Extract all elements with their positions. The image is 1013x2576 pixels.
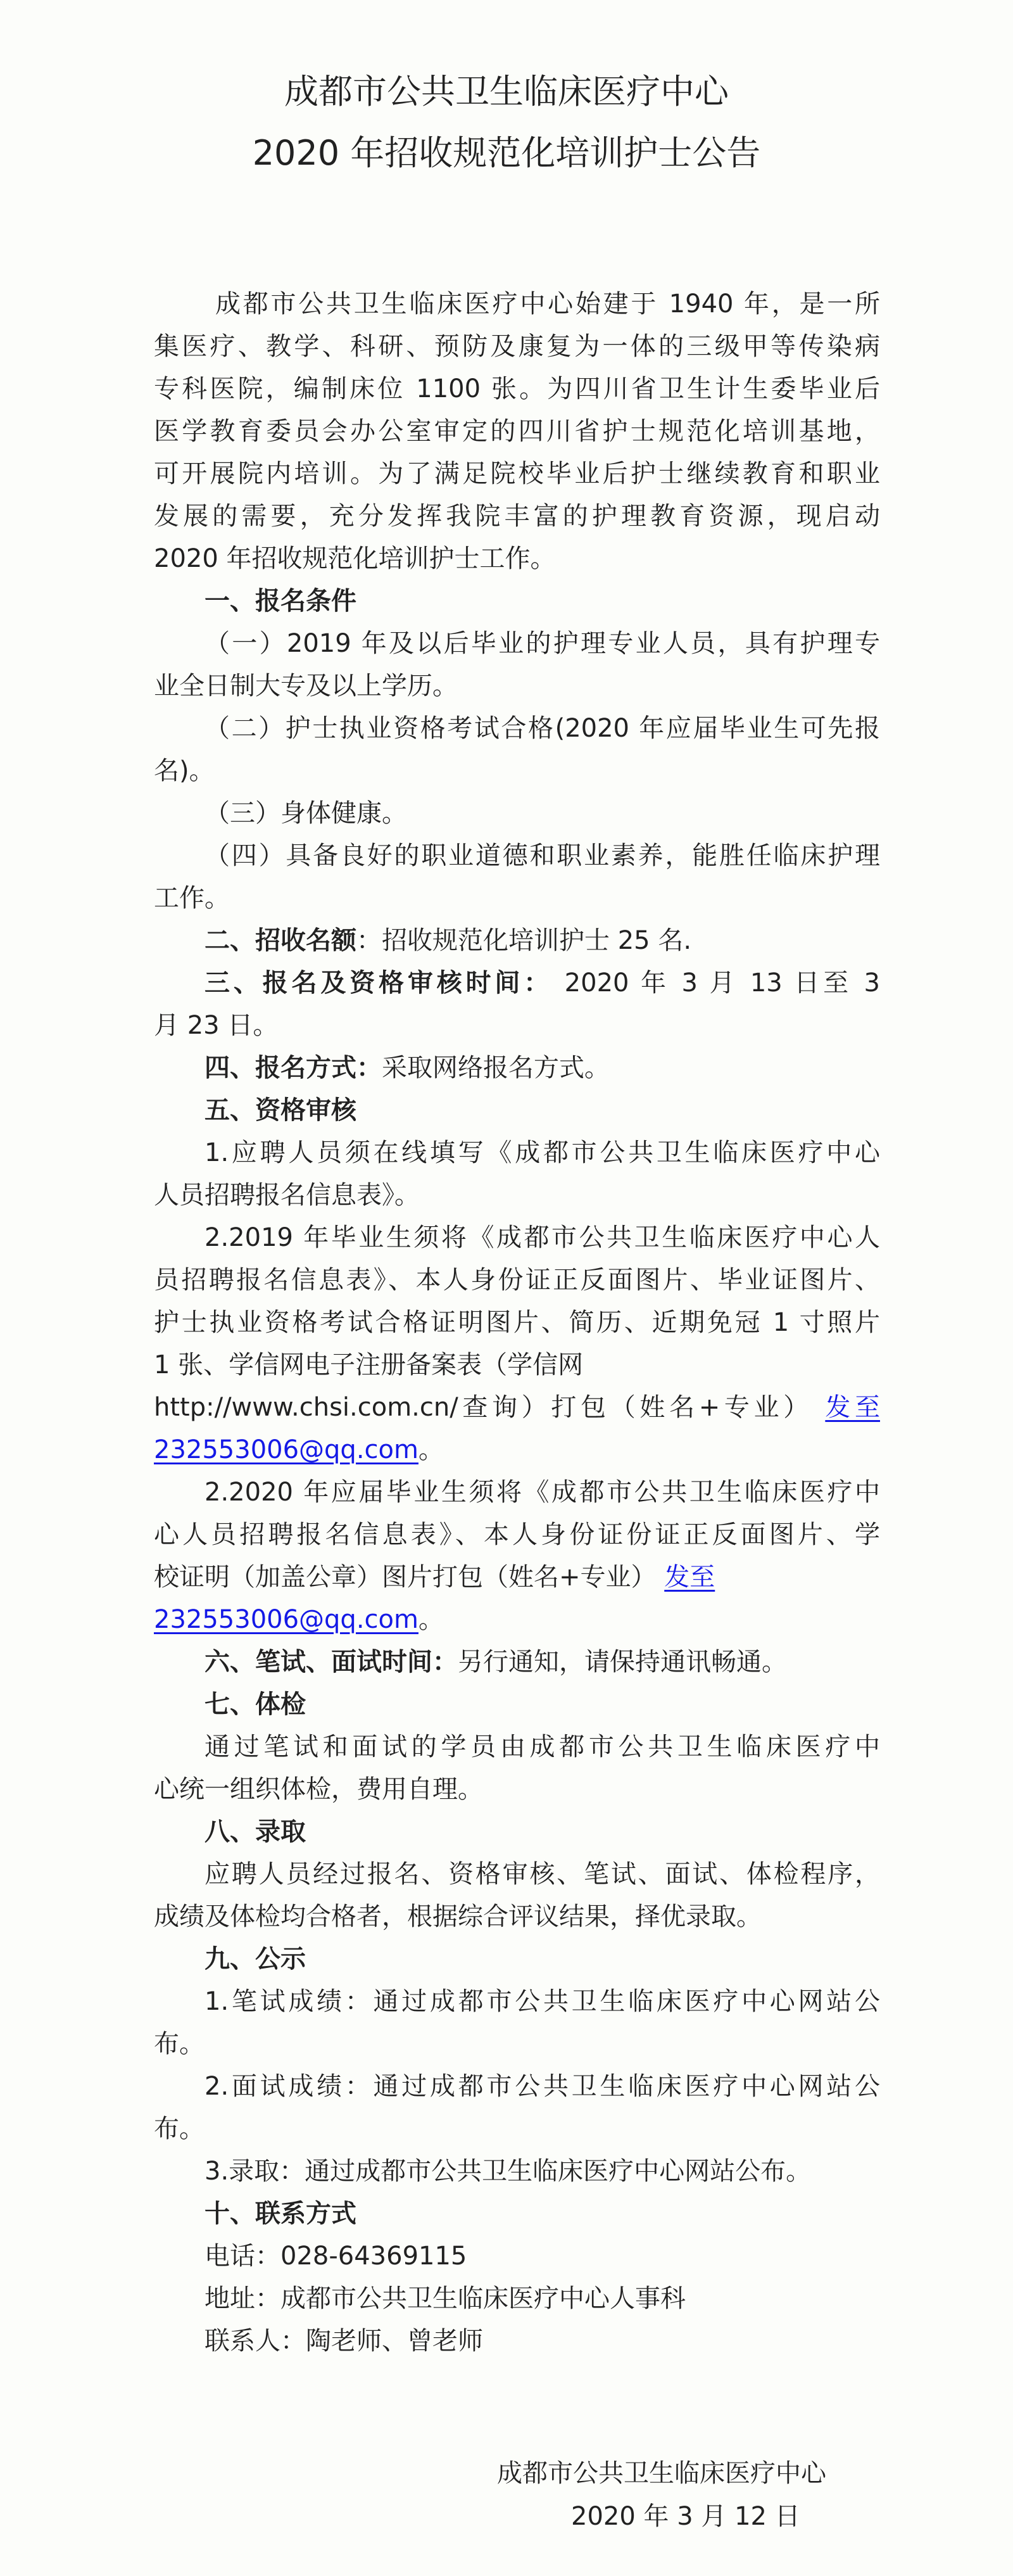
- text-line-43: 2.面试成绩：通过成都市公共卫生临床医疗中心网站公: [154, 2065, 880, 2108]
- page-title-line-1: 成都市公共卫生临床医疗中心: [0, 61, 1013, 122]
- body-text: 布。: [154, 2114, 204, 2143]
- text-line-34: 七、体检: [154, 1684, 880, 1726]
- text-line-28: 232553006@qq.com。: [154, 1429, 880, 1471]
- body-text: 2.2019 年毕业生须将《成都市公共卫生临床医疗中心人: [204, 1223, 880, 1252]
- section-heading-text: 八、录取: [204, 1817, 306, 1846]
- text-line-26: 1 张、学信网电子注册备案表（学信网: [154, 1344, 880, 1386]
- text-line-42: 布。: [154, 2023, 880, 2065]
- text-line-27: http://www.chsi.com.cn/查询）打包（姓名+专业） 发至: [154, 1386, 880, 1429]
- text-line-4: 医学教育委员会办公室审定的四川省护士规范化培训基地，: [154, 410, 880, 453]
- text-line-12: 名)。: [154, 750, 880, 792]
- text-line-33: 六、笔试、面试时间：另行通知，请保持通讯畅通。: [154, 1641, 880, 1684]
- text-line-16: 二、招收名额：招收规范化培训护士 25 名.: [154, 920, 880, 962]
- body-text: 医学教育委员会办公室审定的四川省护士规范化培训基地，: [154, 417, 880, 446]
- body-text: 1 张、学信网电子注册备案表（学信网: [154, 1350, 583, 1380]
- text-line-22: 人员招聘报名信息表》。: [154, 1174, 880, 1217]
- body-text: 3.录取：通过成都市公共卫生临床医疗中心网站公布。: [204, 2157, 811, 2186]
- text-line-24: 员招聘报名信息表》、本人身份证正反面图片、毕业证图片、: [154, 1259, 880, 1302]
- body-text: 。: [418, 1605, 444, 1634]
- text-line-15: 工作。: [154, 877, 880, 920]
- body-text: 。: [418, 1435, 444, 1464]
- text-line-47: 电话：028-64369115: [154, 2235, 880, 2278]
- text-line-8: 一、报名条件: [154, 580, 880, 623]
- text-line-18: 月 23 日。: [154, 1005, 880, 1047]
- body-text: 成绩及体检均合格者，根据综合评议结果，择优录取。: [154, 1902, 762, 1931]
- section-heading-text: 二、招收名额: [204, 926, 356, 955]
- text-line-40: 九、公示: [154, 1938, 880, 1981]
- body-text: http://www.chsi.com.cn/查询）打包（姓名+专业）: [154, 1393, 825, 1422]
- page-title-line-2: 2020 年招收规范化培训护士公告: [0, 122, 1013, 184]
- send-to-link[interactable]: 发至: [825, 1393, 880, 1422]
- email-link[interactable]: 232553006@qq.com: [154, 1435, 418, 1464]
- body-text: 成都市公共卫生临床医疗中心始建于 1940 年，是一所: [215, 289, 880, 319]
- body-text: （四）具备良好的职业道德和职业素养，能胜任临床护理: [204, 841, 880, 870]
- text-line-6: 发展的需要，充分发挥我院丰富的护理教育资源，现启动: [154, 495, 880, 538]
- text-line-49: 联系人：陶老师、曾老师: [154, 2320, 880, 2363]
- text-line-32: 232553006@qq.com。: [154, 1599, 880, 1641]
- text-line-25: 护士执业资格考试合格证明图片、简历、近期免冠 1 寸照片: [154, 1302, 880, 1344]
- text-line-30: 心人员招聘报名信息表》、本人身份证份证正反面图片、学: [154, 1514, 880, 1556]
- section-heading-text: 十、联系方式: [204, 2199, 356, 2228]
- body-text: 护士执业资格考试合格证明图片、简历、近期免冠 1 寸照片: [154, 1308, 880, 1337]
- text-line-23: 2.2019 年毕业生须将《成都市公共卫生临床医疗中心人: [154, 1217, 880, 1259]
- body-text: 人员招聘报名信息表》。: [154, 1181, 420, 1210]
- body-text: 另行通知，请保持通讯畅通。: [458, 1647, 787, 1677]
- text-line-45: 3.录取：通过成都市公共卫生临床医疗中心网站公布。: [154, 2150, 880, 2193]
- text-line-13: （三）身体健康。: [154, 792, 880, 835]
- text-line-1: 成都市公共卫生临床医疗中心始建于 1940 年，是一所: [154, 283, 880, 326]
- text-line-39: 成绩及体检均合格者，根据综合评议结果，择优录取。: [154, 1896, 880, 1938]
- body-text: 2020 年招收规范化培训护士工作。: [154, 544, 556, 573]
- text-line-31: 校证明（加盖公章）图片打包（姓名+专业） 发至: [154, 1556, 880, 1599]
- document-body: 成都市公共卫生临床医疗中心始建于 1940 年，是一所集医疗、教学、科研、预防及…: [154, 283, 880, 2363]
- send-to-link[interactable]: 发至: [664, 1563, 715, 1592]
- text-line-7: 2020 年招收规范化培训护士工作。: [154, 538, 880, 580]
- section-heading-text: 五、资格审核: [204, 1096, 356, 1125]
- body-text: （三）身体健康。: [204, 799, 407, 828]
- text-line-46: 十、联系方式: [154, 2193, 880, 2235]
- section-heading-text: 七、体检: [204, 1690, 306, 1719]
- text-line-21: 1.应聘人员须在线填写《成都市公共卫生临床医疗中心: [154, 1132, 880, 1174]
- text-line-3: 专科医院，编制床位 1100 张。为四川省卫生计生委毕业后: [154, 368, 880, 410]
- body-text: 1.笔试成绩：通过成都市公共卫生临床医疗中心网站公: [204, 1987, 880, 2016]
- body-text: 1.应聘人员须在线填写《成都市公共卫生临床医疗中心: [204, 1138, 880, 1167]
- body-text: 应聘人员经过报名、资格审核、笔试、面试、体检程序，: [204, 1860, 880, 1889]
- text-line-36: 心统一组织体检，费用自理。: [154, 1768, 880, 1811]
- section-heading-text: 四、报名方式：: [204, 1053, 382, 1082]
- text-line-17: 三、报名及资格审核时间： 2020 年 3 月 13 日至 3: [154, 962, 880, 1005]
- section-heading-text: 九、公示: [204, 1945, 306, 1974]
- footer-organization: 成都市公共卫生临床医疗中心: [497, 2452, 826, 2495]
- body-text: 月 23 日。: [154, 1011, 278, 1040]
- email-link[interactable]: 232553006@qq.com: [154, 1605, 418, 1634]
- section-heading-text: 一、报名条件: [204, 587, 356, 616]
- body-text: 可开展院内培训。为了满足院校毕业后护士继续教育和职业: [154, 459, 880, 488]
- text-line-38: 应聘人员经过报名、资格审核、笔试、面试、体检程序，: [154, 1853, 880, 1896]
- body-text: 地址：成都市公共卫生临床医疗中心人事科: [204, 2284, 686, 2313]
- body-text: 工作。: [154, 884, 230, 913]
- body-text: 心人员招聘报名信息表》、本人身份证份证正反面图片、学: [154, 1520, 880, 1549]
- body-text: 心统一组织体检，费用自理。: [154, 1775, 483, 1804]
- text-line-37: 八、录取: [154, 1811, 880, 1853]
- body-text: 布。: [154, 2029, 204, 2059]
- body-text: 业全日制大专及以上学历。: [154, 671, 458, 701]
- text-line-14: （四）具备良好的职业道德和职业素养，能胜任临床护理: [154, 835, 880, 877]
- text-line-9: （一）2019 年及以后毕业的护理专业人员，具有护理专: [154, 623, 880, 665]
- body-text: 联系人：陶老师、曾老师: [204, 2326, 483, 2356]
- text-line-19: 四、报名方式：采取网络报名方式。: [154, 1047, 880, 1089]
- body-text: 2020 年 3 月 13 日至 3: [553, 968, 880, 998]
- text-line-2: 集医疗、教学、科研、预防及康复为一体的三级甲等传染病: [154, 326, 880, 368]
- body-text: （二）护士执业资格考试合格(2020 年应届毕业生可先报: [204, 714, 880, 743]
- section-heading-text: 六、笔试、面试时间：: [204, 1647, 458, 1677]
- footer-date: 2020 年 3 月 12 日: [571, 2496, 800, 2538]
- text-line-41: 1.笔试成绩：通过成都市公共卫生临床医疗中心网站公: [154, 1981, 880, 2023]
- body-text: ：招收规范化培训护士 25 名.: [356, 926, 691, 955]
- body-text: 2.面试成绩：通过成都市公共卫生临床医疗中心网站公: [204, 2072, 880, 2101]
- text-line-20: 五、资格审核: [154, 1089, 880, 1132]
- body-text: 采取网络报名方式。: [382, 1053, 610, 1082]
- body-text: （一）2019 年及以后毕业的护理专业人员，具有护理专: [204, 629, 880, 658]
- body-text: 校证明（加盖公章）图片打包（姓名+专业）: [154, 1563, 664, 1592]
- text-line-5: 可开展院内培训。为了满足院校毕业后护士继续教育和职业: [154, 453, 880, 495]
- body-text: 名)。: [154, 756, 215, 785]
- text-line-48: 地址：成都市公共卫生临床医疗中心人事科: [154, 2278, 880, 2320]
- text-line-11: （二）护士执业资格考试合格(2020 年应届毕业生可先报: [154, 707, 880, 750]
- body-text: 集医疗、教学、科研、预防及康复为一体的三级甲等传染病: [154, 332, 880, 361]
- announcement-page: 成都市公共卫生临床医疗中心 2020 年招收规范化培训护士公告 成都市公共卫生临…: [0, 0, 1013, 2576]
- text-line-44: 布。: [154, 2108, 880, 2150]
- body-text: 通过笔试和面试的学员由成都市公共卫生临床医疗中: [204, 1732, 880, 1761]
- body-text: 电话：028-64369115: [204, 2242, 467, 2271]
- body-text: 员招聘报名信息表》、本人身份证正反面图片、毕业证图片、: [154, 1266, 880, 1295]
- text-line-10: 业全日制大专及以上学历。: [154, 665, 880, 707]
- section-heading-text: 三、报名及资格审核时间：: [204, 968, 553, 998]
- text-line-29: 2.2020 年应届毕业生须将《成都市公共卫生临床医疗中: [154, 1471, 880, 1514]
- text-line-35: 通过笔试和面试的学员由成都市公共卫生临床医疗中: [154, 1726, 880, 1768]
- body-text: 发展的需要，充分发挥我院丰富的护理教育资源，现启动: [154, 502, 880, 531]
- body-text: 2.2020 年应届毕业生须将《成都市公共卫生临床医疗中: [204, 1478, 880, 1507]
- body-text: 专科医院，编制床位 1100 张。为四川省卫生计生委毕业后: [154, 374, 880, 403]
